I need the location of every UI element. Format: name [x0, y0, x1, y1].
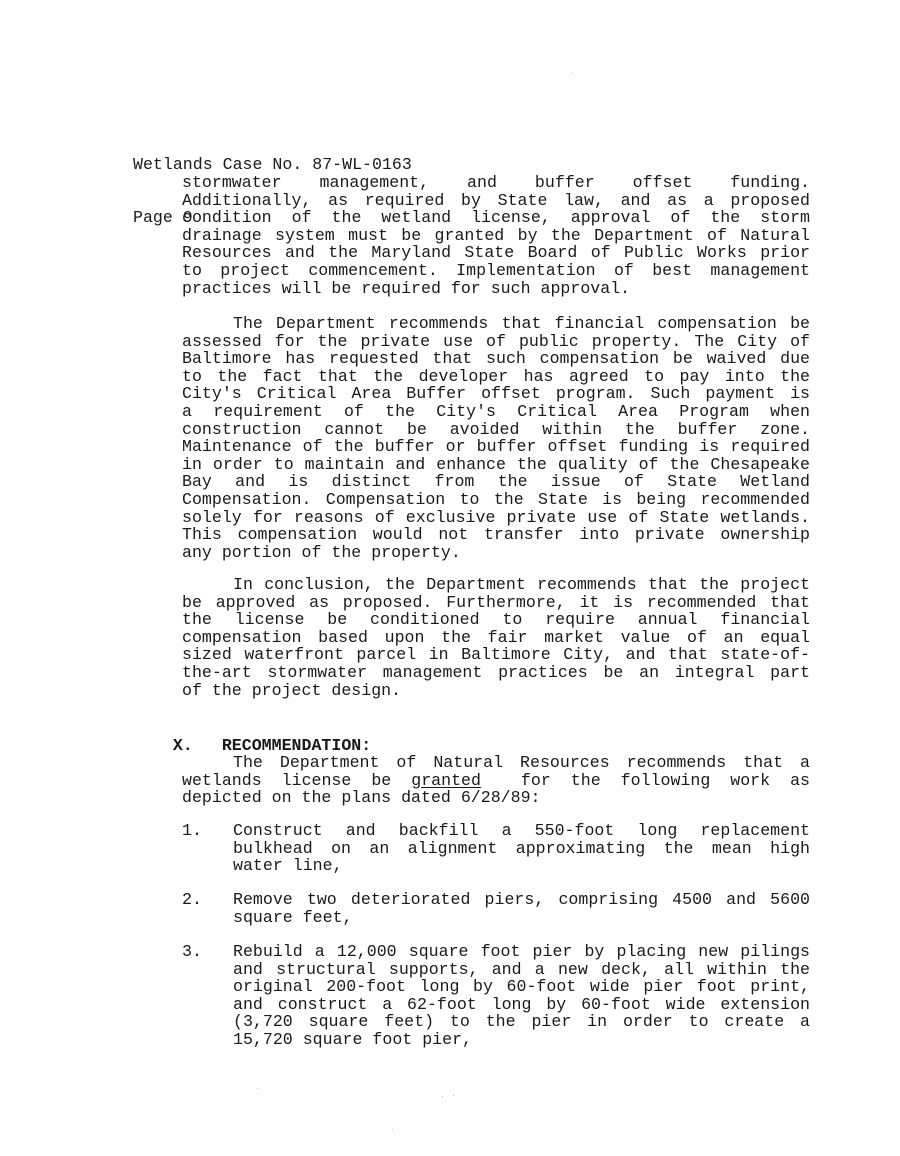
section-number: X. — [173, 737, 222, 755]
text-line: Bay and is distinct from the issue of St… — [182, 473, 810, 491]
item-body: Rebuild a 12,000 square foot pier by pla… — [233, 943, 810, 1049]
text-line: condition of the wetland license, approv… — [182, 209, 810, 227]
text-line: City's Critical Area Buffer offset progr… — [182, 385, 810, 403]
item-number: 3. — [182, 943, 202, 961]
item-number: 2. — [182, 891, 202, 909]
text-line: The Department recommends that financial… — [182, 315, 810, 333]
text-line: Remove two deteriorated piers, comprisin… — [233, 891, 810, 909]
text-line: and structural supports, and a new deck,… — [233, 961, 810, 979]
text-line: drainage system must be granted by the D… — [182, 227, 810, 245]
scan-speck — [257, 1088, 258, 1089]
text-line: Construct and backfill a 550-foot long r… — [233, 822, 810, 840]
text-fragment: for the following work as — [481, 771, 810, 790]
text-line: Rebuild a 12,000 square foot pier by pla… — [233, 943, 810, 961]
item-number: 1. — [182, 822, 202, 840]
text-line: stormwater management, and buffer offset… — [182, 174, 810, 192]
scan-speck — [392, 1129, 393, 1130]
text-line: Resources and the Maryland State Board o… — [182, 244, 810, 262]
text-line: In conclusion, the Department recommends… — [182, 576, 810, 594]
text-line: original 200-foot long by 60-foot wide p… — [233, 978, 810, 996]
text-line: solely for reasons of exclusive private … — [182, 509, 810, 527]
text-line: to project commencement. Implementation … — [182, 262, 810, 280]
scan-speck — [572, 73, 573, 74]
text-line: any portion of the property. — [182, 544, 810, 562]
item-body: Construct and backfill a 550-foot long r… — [233, 822, 810, 875]
text-line: This compensation would not transfer int… — [182, 526, 810, 544]
text-line: sized waterfront parcel in Baltimore Cit… — [182, 646, 810, 664]
paragraph-conclusion: In conclusion, the Department recommends… — [182, 576, 810, 699]
text-line: of the project design. — [182, 682, 810, 700]
text-line: and construct a 62-foot long by 60-foot … — [233, 996, 810, 1014]
text-line: be approved as proposed. Furthermore, it… — [182, 594, 810, 612]
paragraph-recommendation: The Department of Natural Resources reco… — [182, 754, 810, 807]
text-line: Additionally, as required by State law, … — [182, 192, 810, 210]
text-line: assessed for the private use of public p… — [182, 333, 810, 351]
scan-speck — [442, 1096, 443, 1097]
text-line: practices will be required for such appr… — [182, 280, 810, 298]
text-line: square feet, — [233, 909, 810, 927]
text-line: Baltimore has requested that such compen… — [182, 350, 810, 368]
text-line: Compensation. Compensation to the State … — [182, 491, 810, 509]
text-line: a requirement of the City's Critical Are… — [182, 403, 810, 421]
text-fragment: wetlands license be — [182, 771, 411, 790]
text-line: the license be conditioned to require an… — [182, 611, 810, 629]
text-line: (3,720 square feet) to the pier in order… — [233, 1013, 810, 1031]
text-line-with-emphasis: wetlands license be granted for the foll… — [182, 772, 810, 790]
text-line: water line, — [233, 857, 810, 875]
text-line: depicted on the plans dated 6/28/89: — [182, 789, 810, 807]
document-page: Wetlands Case No. 87-WL-0163 Page 9 stor… — [0, 0, 900, 1156]
paragraph-continuation: stormwater management, and buffer offset… — [182, 174, 810, 297]
scan-speck — [453, 1095, 454, 1096]
paragraph-compensation: The Department recommends that financial… — [182, 315, 810, 561]
text-line: to the fact that the developer has agree… — [182, 368, 810, 386]
text-line: compensation based upon the fair market … — [182, 629, 810, 647]
text-line: Maintenance of the buffer or buffer offs… — [182, 438, 810, 456]
text-line: the-art stormwater management practices … — [182, 664, 810, 682]
emphasis-granted: granted — [411, 771, 481, 790]
text-line: 15,720 square foot pier, — [233, 1031, 810, 1049]
text-line: construction cannot be avoided within th… — [182, 421, 810, 439]
case-number: Wetlands Case No. 87-WL-0163 — [133, 156, 412, 174]
text-line: bulkhead on an alignment approximating t… — [233, 840, 810, 858]
text-line: The Department of Natural Resources reco… — [182, 754, 810, 772]
section-title: RECOMMENDATION: — [222, 736, 371, 755]
text-line: in order to maintain and enhance the qua… — [182, 456, 810, 474]
item-body: Remove two deteriorated piers, comprisin… — [233, 891, 810, 926]
